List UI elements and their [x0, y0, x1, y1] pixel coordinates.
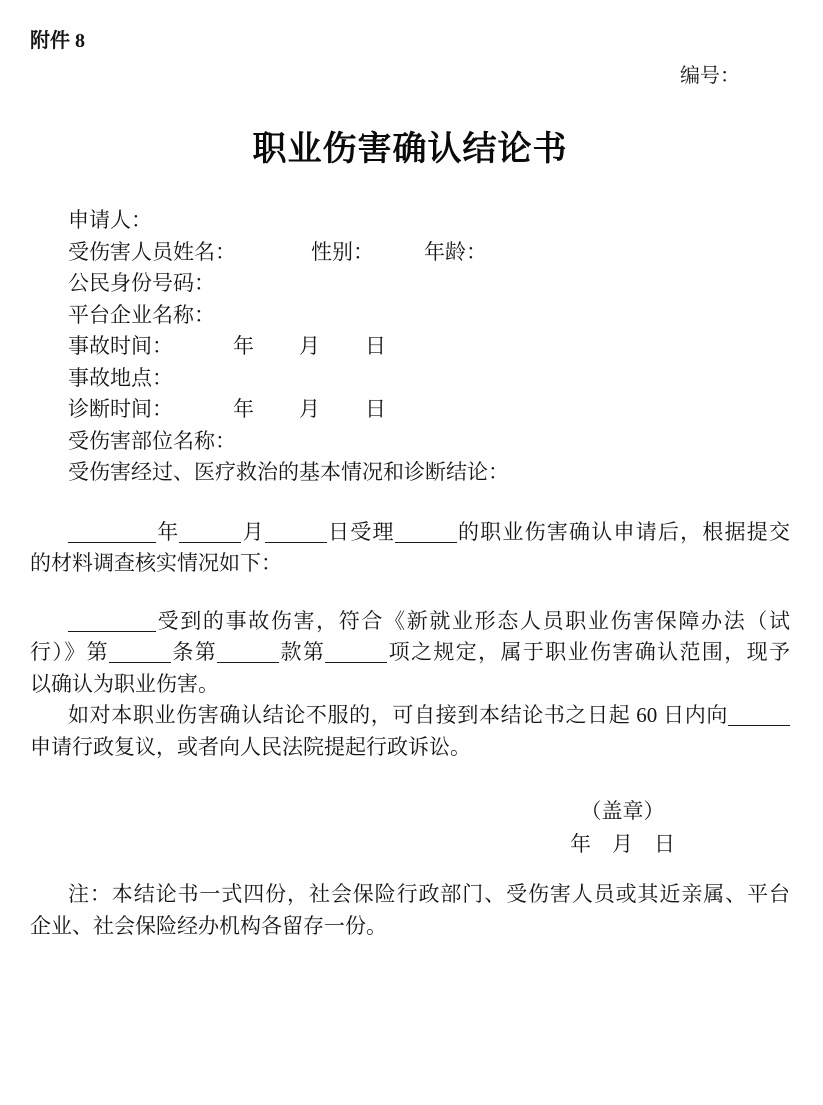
conclusion-line-3: 以确认为职业伤害。 [30, 669, 790, 701]
blank-line [395, 521, 457, 543]
note-line-2: 企业、社会保险经办机构各留存一份。 [30, 911, 790, 943]
document-number-label: 编号： [680, 65, 740, 87]
conclusion-line-1: 受到的事故伤害，符合《新就业形态人员职业伤害保障办法（试 [30, 606, 790, 638]
accident-time-label: 事故时间： [68, 334, 173, 358]
month-label: 月 [299, 334, 320, 358]
blank-line [68, 610, 156, 632]
blank-line [179, 521, 241, 543]
appeal-text: 如对本职业伤害确认结论不服的，可自接到本结论书之日起 60 日内向 [68, 703, 728, 727]
year-label: 年 [156, 520, 179, 544]
field-platform-company: 平台企业名称： [30, 300, 790, 332]
appeal-line-1: 如对本职业伤害确认结论不服的，可自接到本结论书之日起 60 日内向 [30, 700, 790, 732]
article-prefix-text: 行）》第 [30, 640, 109, 664]
conclusion-text: 受到的事故伤害，符合《新就业形态人员职业伤害保障办法（试 [156, 609, 790, 633]
injured-name-label: 受伤害人员姓名： [68, 240, 236, 264]
blank-line [265, 521, 327, 543]
platform-company-label: 平台企业名称： [68, 303, 215, 327]
blank-line [109, 641, 171, 663]
day-label: 日 [365, 397, 386, 421]
day-label: 日 [365, 334, 386, 358]
injury-summary-label: 受伤害经过、医疗救治的基本情况和诊断结论： [68, 460, 509, 484]
field-diagnosis-time: 诊断时间：年月日 [30, 394, 790, 426]
field-applicant: 申请人： [30, 205, 790, 237]
conclusion-paragraph: 受到的事故伤害，符合《新就业形态人员职业伤害保障办法（试 行）》第条第款第项之规… [30, 606, 790, 701]
item-text: 项之规定，属于职业伤害确认范围，现予 [387, 640, 790, 664]
month-label: 月 [241, 520, 264, 544]
acceptance-text: 的职业伤害确认申请后，根据提交 [457, 520, 790, 544]
signature-block: （盖章） 年 月 日 [30, 795, 790, 861]
document-page: 附件 8 编号： 职业伤害确认结论书 申请人： 受伤害人员姓名：性别：年龄： 公… [0, 0, 823, 1105]
blank-line [68, 521, 156, 543]
field-citizen-id: 公民身份号码： [30, 268, 790, 300]
field-injury-summary: 受伤害经过、医疗救治的基本情况和诊断结论： [30, 457, 790, 489]
age-label: 年龄： [424, 240, 487, 264]
page-title: 职业伤害确认结论书 [30, 126, 790, 174]
day-accept-text: 日受理 [327, 520, 395, 544]
gender-label: 性别： [311, 240, 374, 264]
acceptance-line-2: 的材料调查核实情况如下： [30, 548, 790, 580]
note-paragraph: 注：本结论书一式四份，社会保险行政部门、受伤害人员或其近亲属、平台 企业、社会保… [30, 879, 790, 942]
document-number-row: 编号： [30, 63, 790, 89]
blank-line [325, 641, 387, 663]
fields-section: 申请人： 受伤害人员姓名：性别：年龄： 公民身份号码： 平台企业名称： 事故时间… [30, 205, 790, 489]
field-accident-time: 事故时间：年月日 [30, 331, 790, 363]
appeal-line-2: 申请行政复议，或者向人民法院提起行政诉讼。 [30, 732, 790, 764]
diagnosis-time-label: 诊断时间： [68, 397, 173, 421]
field-accident-place: 事故地点： [30, 363, 790, 395]
blank-line [728, 704, 790, 726]
accident-place-label: 事故地点： [68, 366, 173, 390]
signature-date: 年 月 日 [570, 828, 675, 861]
injured-part-label: 受伤害部位名称： [68, 429, 236, 453]
note-line-1: 注：本结论书一式四份，社会保险行政部门、受伤害人员或其近亲属、平台 [30, 879, 790, 911]
paragraph-text: 款第 [279, 640, 325, 664]
stamp-label: （盖章） [570, 795, 675, 828]
field-injured-person: 受伤害人员姓名：性别：年龄： [30, 237, 790, 269]
conclusion-line-2: 行）》第条第款第项之规定，属于职业伤害确认范围，现予 [30, 637, 790, 669]
applicant-label: 申请人： [68, 208, 152, 232]
clause-text: 条第 [171, 640, 217, 664]
acceptance-paragraph: 年月日受理的职业伤害确认申请后，根据提交 的材料调查核实情况如下： [30, 517, 790, 580]
month-label: 月 [299, 397, 320, 421]
year-label: 年 [233, 397, 254, 421]
attachment-label: 附件 8 [30, 28, 790, 54]
signature-inner: （盖章） 年 月 日 [570, 795, 675, 861]
blank-line [217, 641, 279, 663]
acceptance-line-1: 年月日受理的职业伤害确认申请后，根据提交 [30, 517, 790, 549]
appeal-paragraph: 如对本职业伤害确认结论不服的，可自接到本结论书之日起 60 日内向 申请行政复议… [30, 700, 790, 763]
year-label: 年 [233, 334, 254, 358]
citizen-id-label: 公民身份号码： [68, 271, 215, 295]
field-injured-part: 受伤害部位名称： [30, 426, 790, 458]
